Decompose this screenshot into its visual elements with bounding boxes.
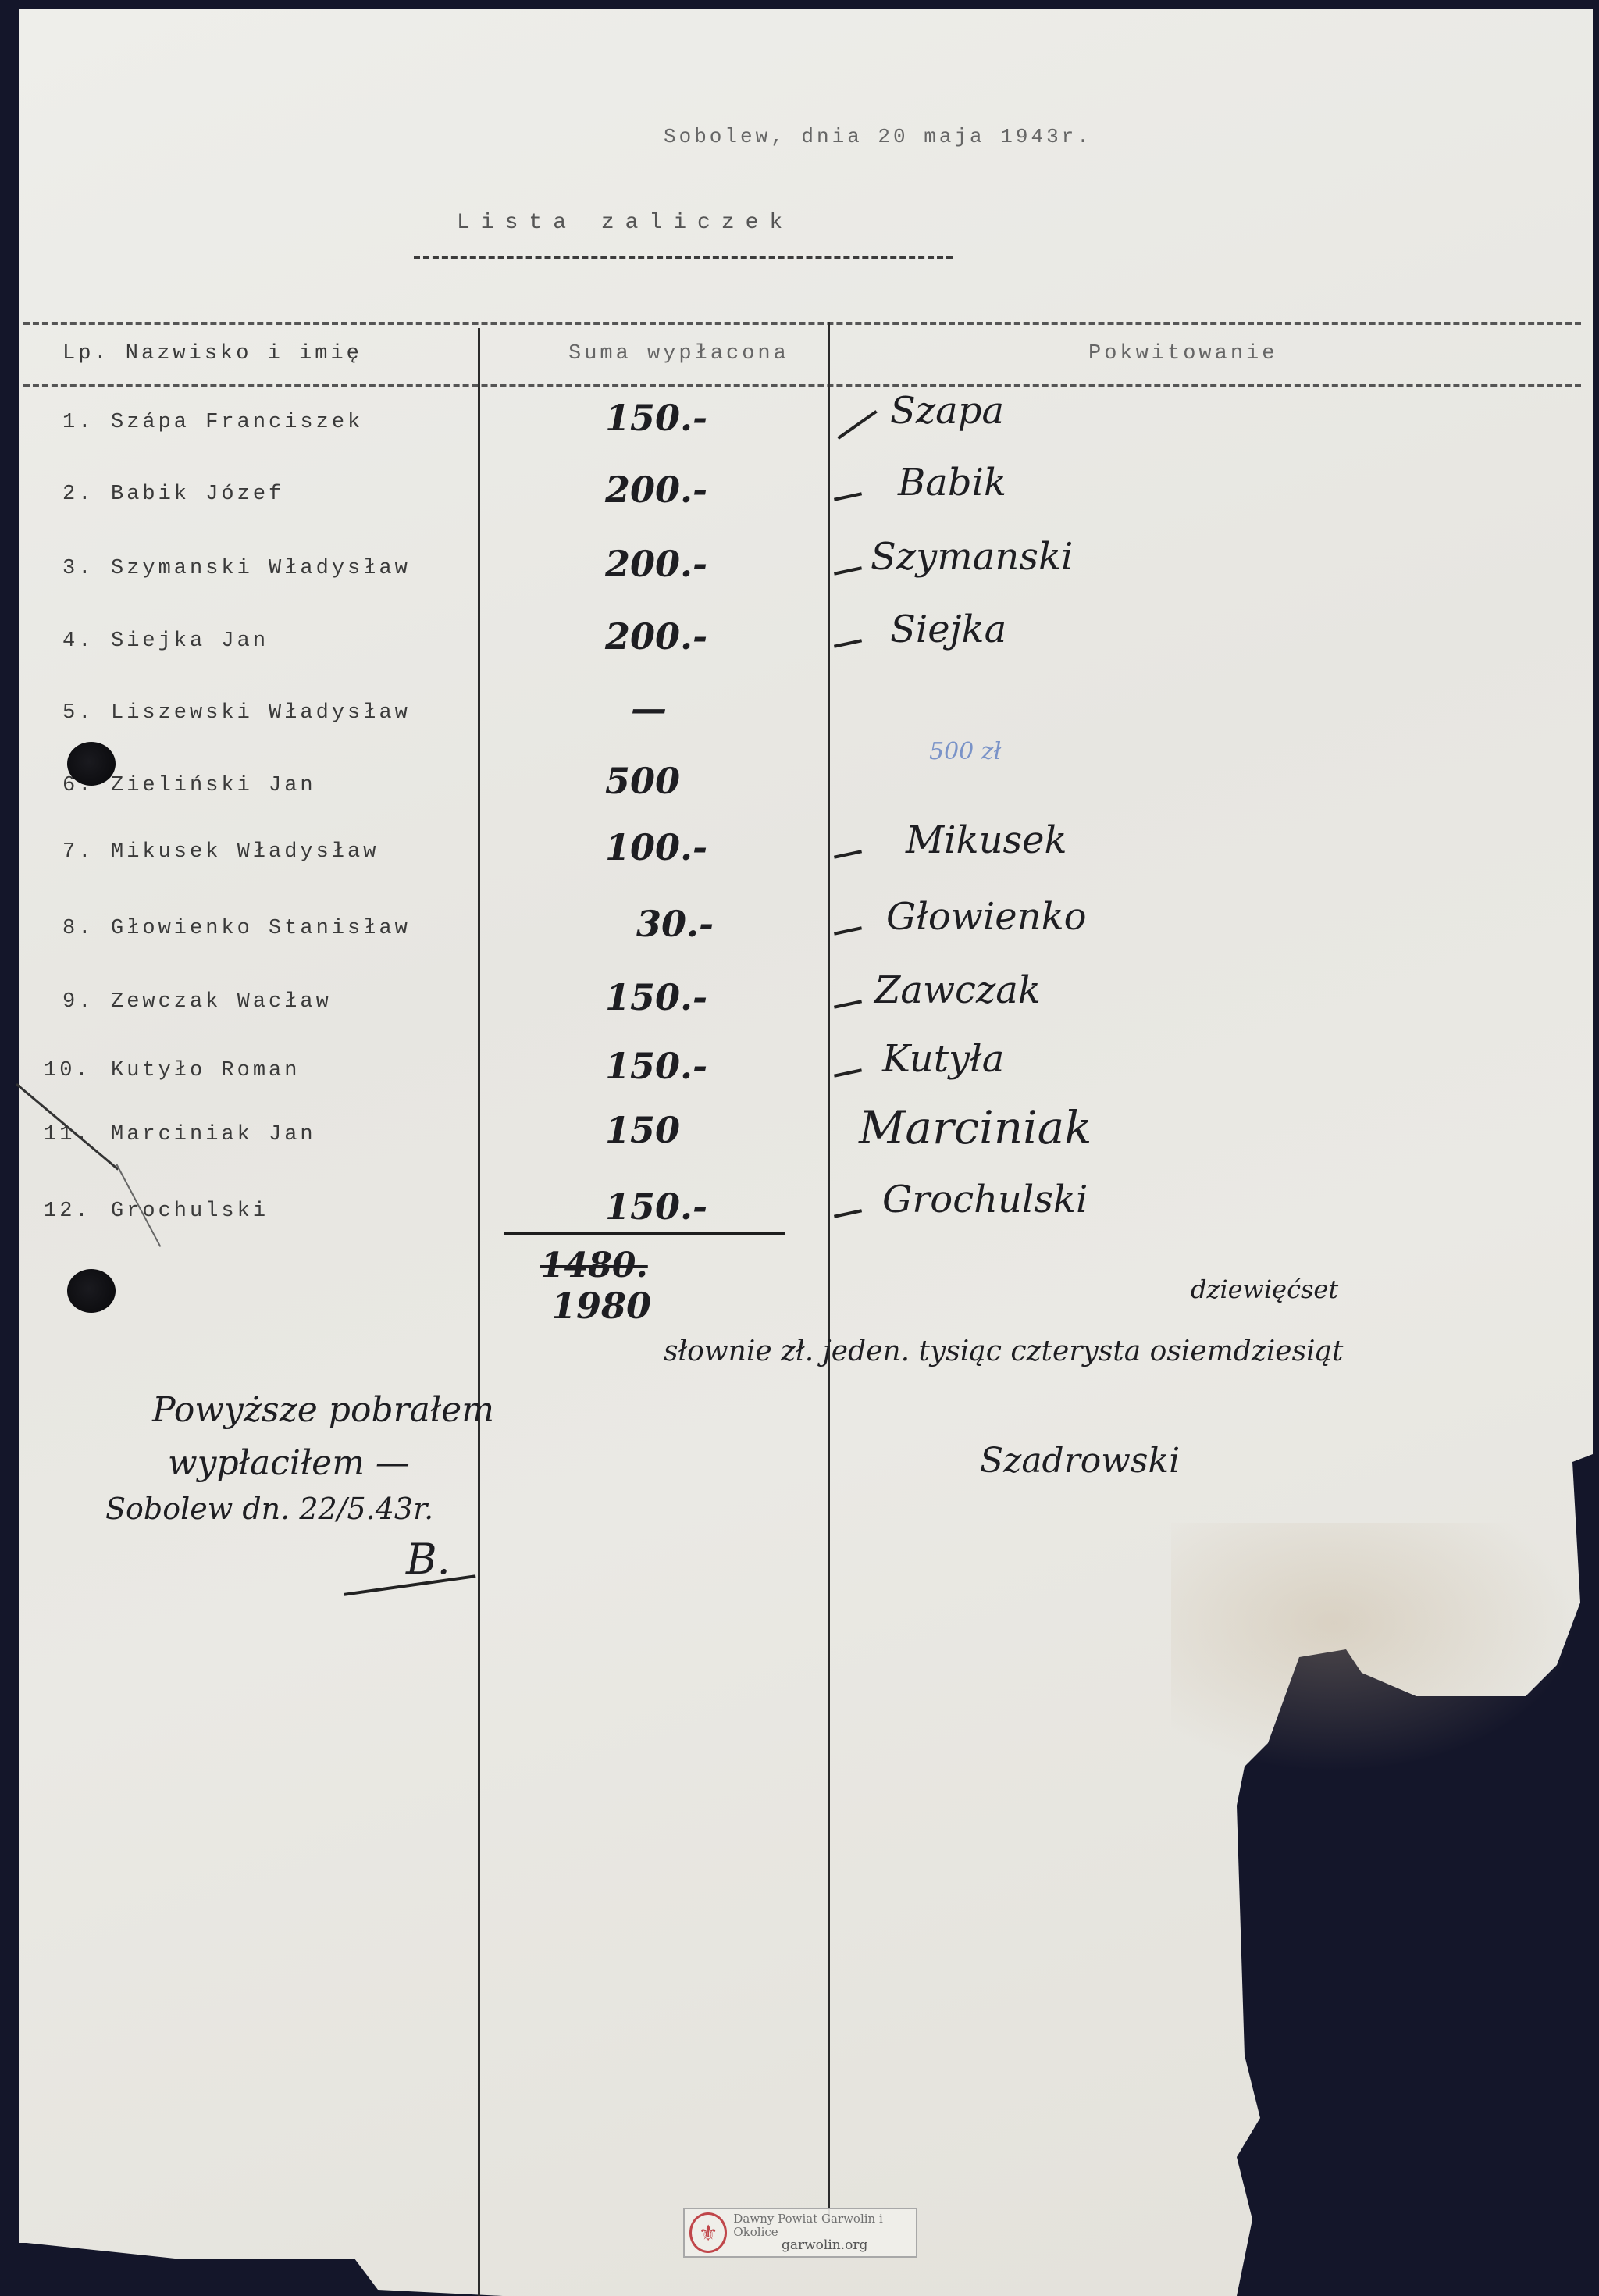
receipt-signature: Mikusek [906,818,1067,862]
row-name: Marciniak Jan [111,1123,316,1146]
row-amount: 200.- [605,469,707,511]
title-underline [414,256,953,259]
total-words-correction: dziewięćset [1191,1275,1338,1304]
row-number: 1. [62,411,94,434]
row-name: Szymanski Władysław [111,557,411,580]
row-name: Głowienko Stanisław [111,917,411,940]
row-amount: 150 [605,1109,680,1151]
row-number: 8. [62,917,94,940]
row-name: Liszewski Władysław [111,701,411,725]
row-number: 10. [44,1059,91,1082]
row-amount: 500 [605,760,680,802]
row-name: Siejka Jan [111,629,269,653]
row-name: Mikusek Władysław [111,840,379,864]
receipt-signature: Babik [898,461,1006,504]
row-number: 3. [62,557,94,580]
receipt-signature: Siejka [890,608,1006,651]
row-amount: 150.- [605,397,707,439]
row-name: Babik Józef [111,483,284,506]
punch-hole-upper [67,742,116,786]
row-amount: 200.- [605,615,707,658]
total-struck: 1480. [540,1246,648,1285]
row-number: 12. [44,1200,91,1223]
row-amount: 200.- [605,543,707,585]
approval-initials: B. [406,1535,450,1584]
row-amount: 150.- [605,976,707,1018]
column-divider-2 [828,322,830,2219]
watermark-badge[interactable]: ⚜ Dawny Powiat Garwolin i Okolice garwol… [683,2208,917,2258]
receipt-signature: Kutyła [882,1037,1004,1081]
header-rule-top [23,322,1581,325]
row-number: 7. [62,840,94,864]
total-rule [504,1232,785,1235]
row-name: Zewczak Wacław [111,990,332,1014]
column-divider-1 [478,328,480,2296]
row-number: 9. [62,990,94,1014]
approval-note-line-1: Powyższe pobrałem [152,1390,494,1430]
punch-hole-lower [67,1269,116,1313]
receipt-signature: Marciniak [859,1101,1092,1154]
column-header-receipt: Pokwitowanie [1088,342,1277,365]
row-amount: — [631,687,667,729]
row-amount: 150.- [605,1185,707,1228]
approval-note-line-3: Sobolew dn. 22/5.43r. [105,1492,433,1526]
column-header-amount: Suma wypłacona [568,342,789,365]
watermark-title: Dawny Powiat Garwolin i Okolice [733,2212,916,2238]
place-date: Sobolew, dnia 20 maja 1943r. [664,125,1092,148]
receipt-signature: Zawczak [874,968,1041,1012]
approval-note-line-2: wypłaciłem — [168,1443,410,1483]
receipt-signature: Szymanski [871,535,1073,579]
total-in-words: słownie zł. jeden. tysiąc czterysta osie… [664,1335,1344,1367]
row-amount: 30.- [636,903,714,945]
row-name: Zieliński Jan [111,774,316,797]
column-header-no-name: Lp. Nazwisko i imię [62,342,362,365]
receipt-signature: Grochulski [882,1178,1088,1221]
row-number: 5. [62,701,94,725]
total-amount: 1980 [551,1285,651,1327]
row-name: Szápa Franciszek [111,411,363,434]
document-title: Lista zaliczek [457,211,793,235]
watermark-url[interactable]: garwolin.org [782,2238,867,2253]
row-number: 4. [62,629,94,653]
crest-icon: ⚜ [689,2212,727,2253]
row-number: 2. [62,483,94,506]
row-name: Grochulski [111,1200,269,1223]
row-amount: 150.- [605,1045,707,1087]
receipt-note: 500 zł [929,738,1001,765]
header-rule-bottom [23,384,1581,387]
receipt-signature: Głowienko [886,895,1087,939]
receipt-signature: Szapa [890,389,1004,433]
secondary-signature: Szadrowski [980,1441,1180,1481]
row-name: Kutyło Roman [111,1059,300,1082]
row-amount: 100.- [605,826,707,868]
